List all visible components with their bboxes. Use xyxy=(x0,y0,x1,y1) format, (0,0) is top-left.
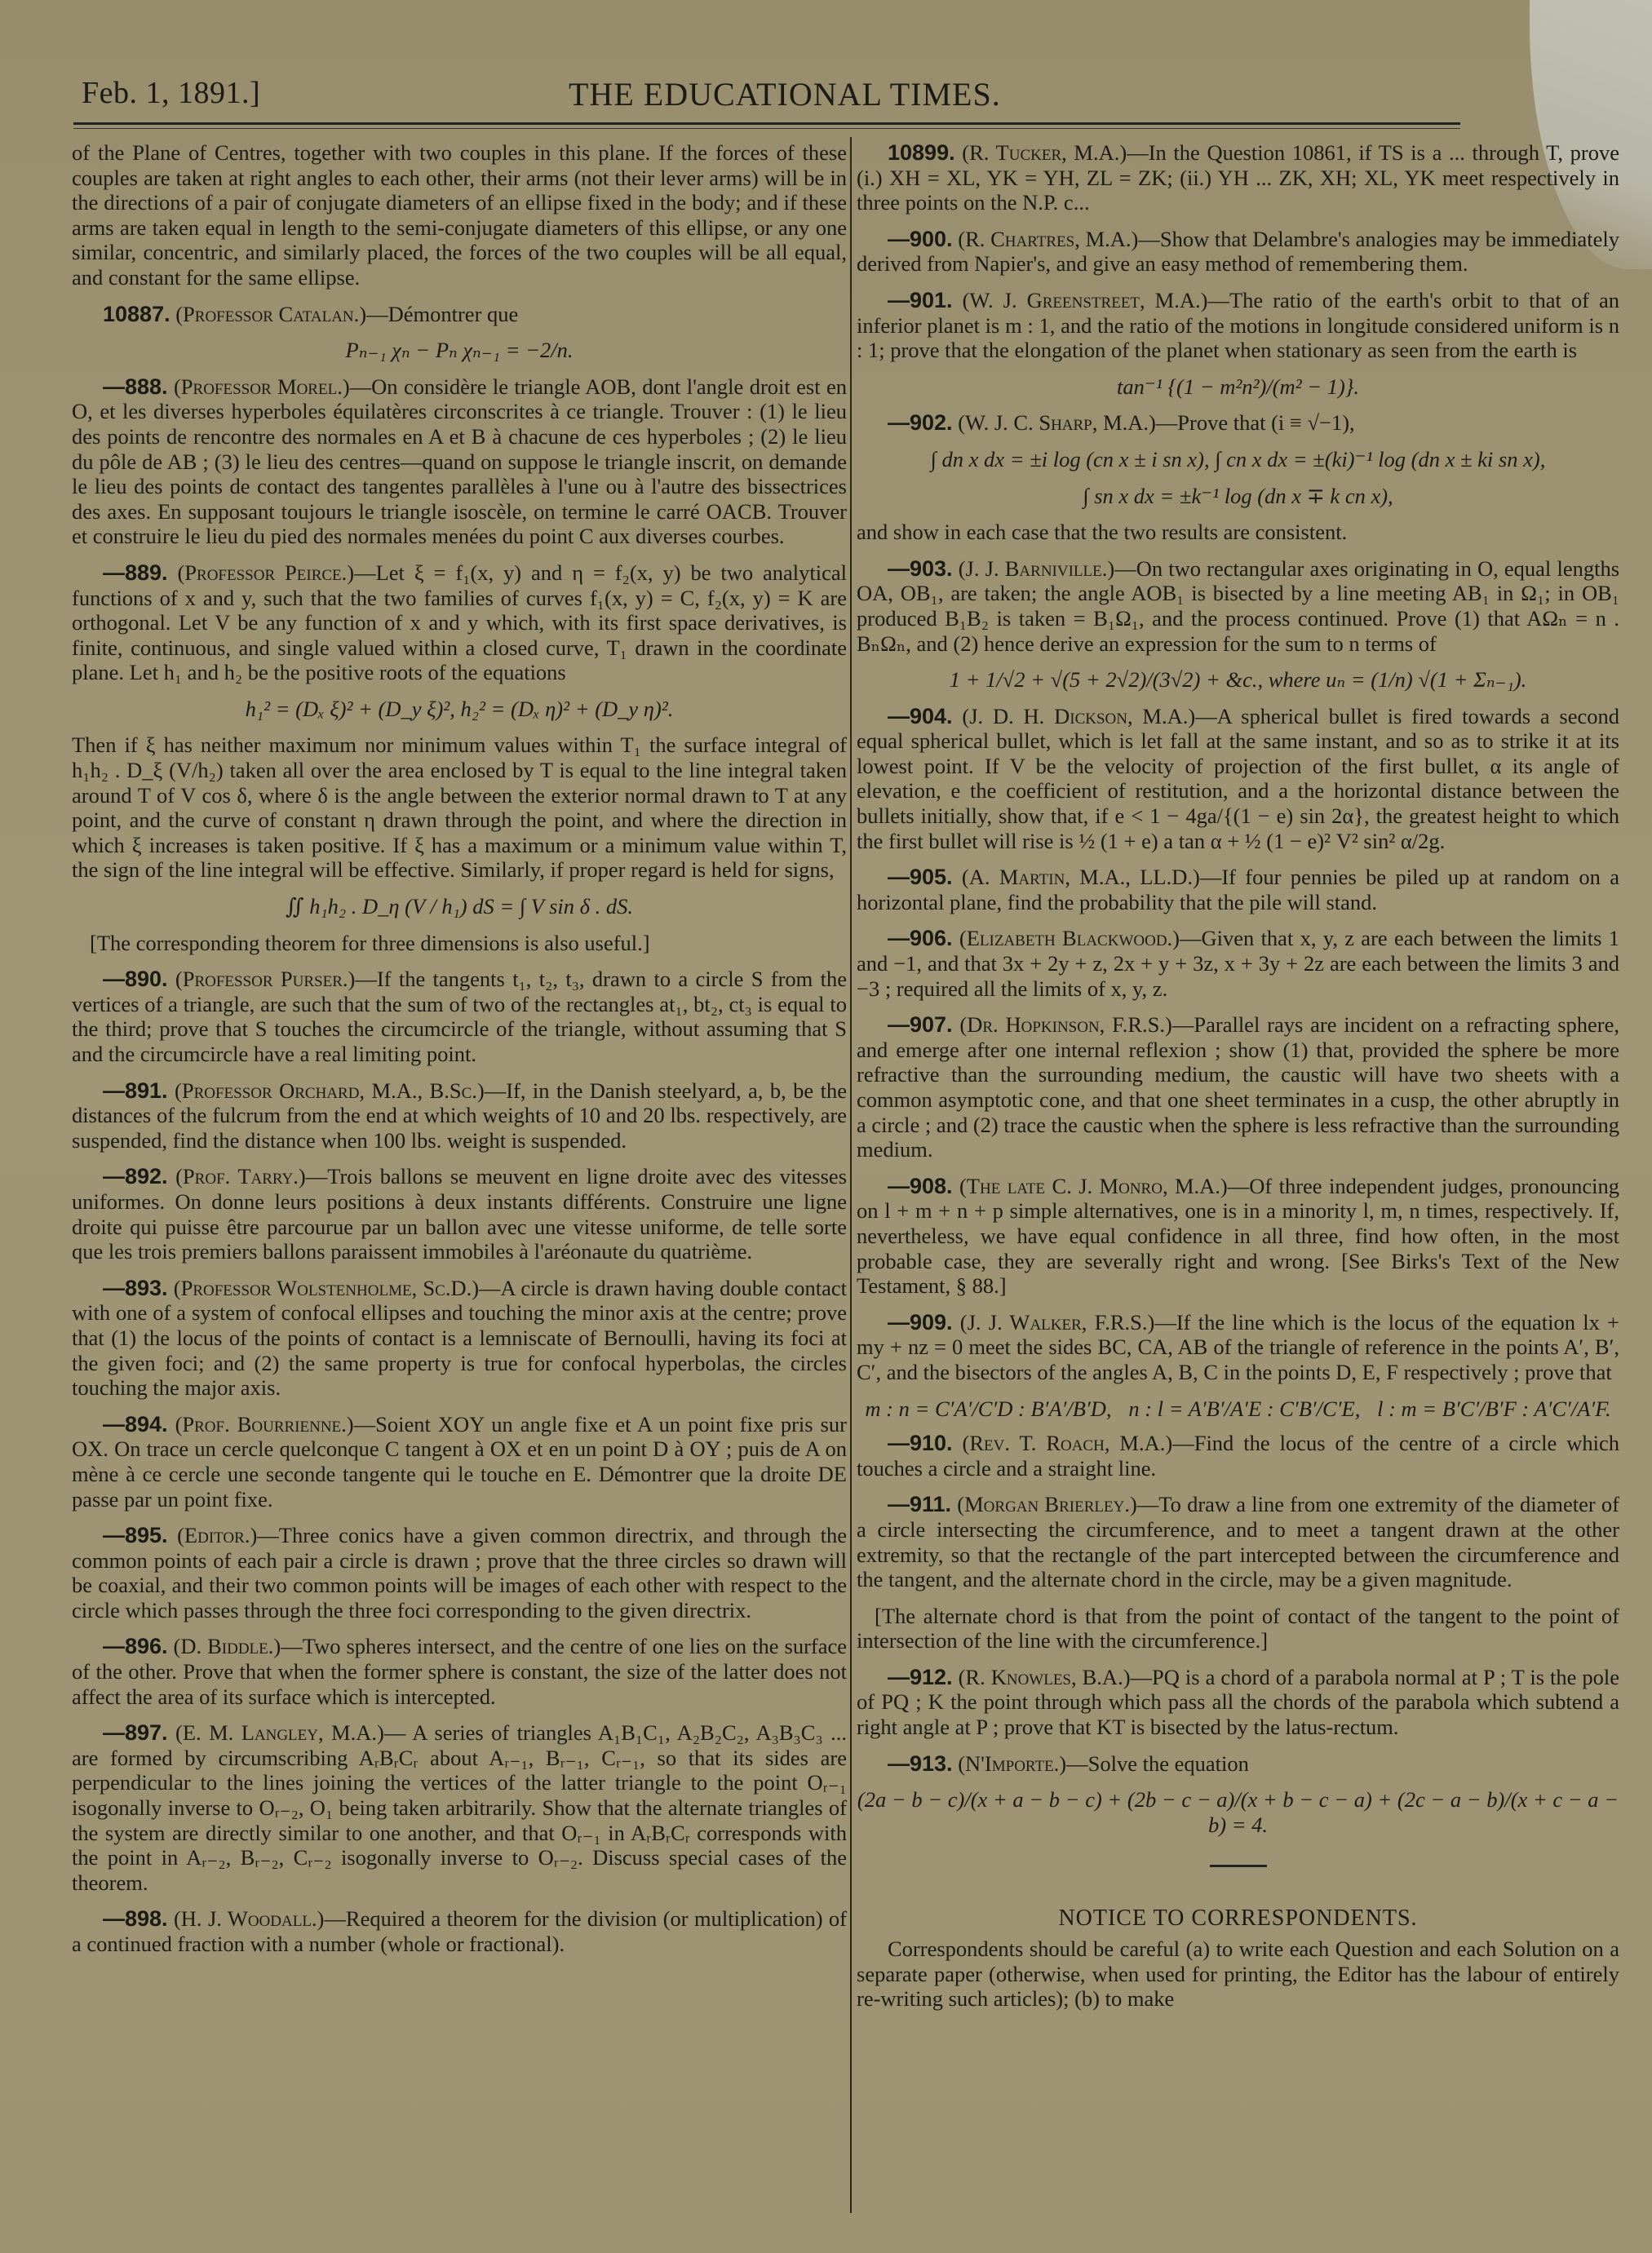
question-913: —913. (N'Importe.)—Solve the equation xyxy=(857,1751,1619,1777)
question-number: —896. xyxy=(103,1634,168,1658)
question-894: —894. (Prof. Bourrienne.)—Soient XOY un … xyxy=(72,1412,847,1512)
equation: l : m = B′C′/B′F : A′C′/A′F. xyxy=(1377,1397,1611,1422)
editorial-note: [The corresponding theorem for three dim… xyxy=(72,931,847,956)
question-author: (R. Tucker, M.A.) xyxy=(962,140,1127,165)
question-author: (Professor Catalan.) xyxy=(175,302,366,326)
notice-heading: NOTICE TO CORRESPONDENTS. xyxy=(857,1906,1619,1932)
question-text: —Solve the equation xyxy=(1066,1751,1249,1776)
question-893: —893. (Professor Wolstenholme, Sc.D.)—A … xyxy=(72,1276,847,1401)
question-907: —907. (Dr. Hopkinson, F.R.S.)—Parallel r… xyxy=(857,1012,1619,1162)
question-10899: 10899. (R. Tucker, M.A.)—In the Question… xyxy=(857,140,1619,215)
continuation-paragraph: of the Plane of Centres, together with t… xyxy=(72,140,847,290)
question-author: (R. Chartres, M.A.) xyxy=(958,227,1138,251)
question-author: (D. Biddle.) xyxy=(174,1634,281,1658)
page-header: Feb. 1, 1891.] THE EDUCATIONAL TIMES. xyxy=(75,75,1462,113)
question-904: —904. (J. D. H. Dickson, M.A.)—A spheric… xyxy=(857,704,1619,854)
question-number: —898. xyxy=(103,1906,168,1931)
question-number: —892. xyxy=(103,1164,168,1188)
question-text: —On considère le triangle AOB, dont l'an… xyxy=(72,374,847,549)
question-901: —901. (W. J. Greenstreet, M.A.)—The rati… xyxy=(857,288,1619,363)
question-author: (Morgan Brierley.) xyxy=(957,1492,1137,1516)
question-892: —892. (Prof. Tarry.)—Trois ballons se me… xyxy=(72,1164,847,1264)
question-number: —912. xyxy=(888,1665,953,1689)
question-author: (The late C. J. Monro, M.A.) xyxy=(959,1174,1228,1198)
question-number: —894. xyxy=(103,1412,168,1436)
question-890: —890. (Professor Purser.)—If the tangent… xyxy=(72,967,847,1066)
question-number: 10887. xyxy=(103,302,171,326)
equation: 1 + 1/√2 + √(5 + 2√2)/(3√2) + &c., where… xyxy=(857,667,1619,693)
question-author: (J. J. Barniville.) xyxy=(959,556,1114,581)
question-number: —905. xyxy=(888,865,953,889)
question-author: (Prof. Tarry.) xyxy=(175,1164,306,1188)
question-909: —909. (J. J. Walker, F.R.S.)—If the line… xyxy=(857,1310,1619,1385)
question-number: —911. xyxy=(888,1492,951,1516)
question-10887: 10887. (Professor Catalan.)—Démontrer qu… xyxy=(72,302,847,327)
question-888: —888. (Professor Morel.)—On considère le… xyxy=(72,374,847,549)
question-900: —900. (R. Chartres, M.A.)—Show that Dela… xyxy=(857,227,1619,277)
editorial-note: [The alternate chord is that from the po… xyxy=(857,1604,1619,1653)
question-text: — A series of triangles A₁B₁C₁, A₂B₂C₂, … xyxy=(72,1720,847,1895)
question-author: (Dr. Hopkinson, F.R.S.) xyxy=(959,1012,1171,1037)
question-author: (A. Martin, M.A., LL.D.) xyxy=(962,865,1200,889)
question-908: —908. (The late C. J. Monro, M.A.)—Of th… xyxy=(857,1174,1619,1299)
question-number: —908. xyxy=(888,1174,953,1198)
question-author: (N'Importe.) xyxy=(958,1751,1066,1776)
question-903: —903. (J. J. Barniville.)—On two rectang… xyxy=(857,556,1619,656)
question-author: (Professor Wolstenholme, Sc.D.) xyxy=(174,1276,479,1300)
question-906: —906. (Elizabeth Blackwood.)—Given that … xyxy=(857,926,1619,1001)
question-text-continued: and show in each case that the two resul… xyxy=(857,520,1619,545)
question-number: —909. xyxy=(888,1310,953,1335)
question-author: (R. Knowles, B.A.) xyxy=(959,1665,1131,1689)
question-author: (Professor Purser.) xyxy=(175,967,355,991)
left-column: of the Plane of Centres, together with t… xyxy=(72,140,847,1968)
question-number: —900. xyxy=(888,227,953,251)
question-number: —907. xyxy=(888,1012,953,1037)
question-number: —910. xyxy=(888,1431,953,1455)
question-905: —905. (A. Martin, M.A., LL.D.)—If four p… xyxy=(857,865,1619,914)
question-number: —901. xyxy=(888,288,953,312)
question-number: —903. xyxy=(888,556,953,581)
newspaper-page: Feb. 1, 1891.] THE EDUCATIONAL TIMES. of… xyxy=(0,0,1652,2253)
equation: ∫ dn x dx = ±i log (cn x ± i sn x), ∫ cn… xyxy=(857,447,1619,472)
question-910: —910. (Rev. T. Roach, M.A.)—Find the loc… xyxy=(857,1431,1619,1481)
publication-title: THE EDUCATIONAL TIMES. xyxy=(569,75,1001,113)
issue-date: Feb. 1, 1891.] xyxy=(82,75,260,111)
question-number: —913. xyxy=(888,1751,953,1776)
question-author: (W. J. C. Sharp, M.A.) xyxy=(958,410,1156,435)
question-902: —902. (W. J. C. Sharp, M.A.)—Prove that … xyxy=(857,410,1619,436)
equation: tan⁻¹ {(1 − m²n²)/(m² − 1)}. xyxy=(857,374,1619,400)
equation: (2a − b − c)/(x + a − b − c) + (2b − c −… xyxy=(857,1787,1619,1837)
question-author: (Elizabeth Blackwood.) xyxy=(959,926,1180,950)
question-author: (E. M. Langley, M.A.) xyxy=(175,1720,384,1745)
question-897: —897. (E. M. Langley, M.A.)— A series of… xyxy=(72,1720,847,1895)
question-number: —893. xyxy=(103,1276,168,1300)
question-text-continued: Then if ξ has neither maximum nor minimu… xyxy=(72,733,847,883)
question-number: —902. xyxy=(888,410,953,435)
question-889: —889. (Professor Peirce.)—Let ξ = f₁(x, … xyxy=(72,560,847,685)
question-text: —Démontrer que xyxy=(366,302,518,326)
question-author: (Rev. T. Roach, M.A.) xyxy=(963,1431,1173,1455)
question-912: —912. (R. Knowles, B.A.)—PQ is a chord o… xyxy=(857,1665,1619,1740)
question-author: (J. D. H. Dickson, M.A.) xyxy=(962,704,1195,728)
question-number: —895. xyxy=(103,1523,168,1547)
question-911: —911. (Morgan Brierley.)—To draw a line … xyxy=(857,1492,1619,1591)
question-number: —891. xyxy=(103,1078,168,1103)
question-number: —889. xyxy=(103,560,168,585)
section-separator xyxy=(1210,1865,1267,1867)
question-author: (W. J. Greenstreet, M.A.) xyxy=(963,288,1208,312)
question-author: (Professor Morel.) xyxy=(174,374,350,399)
question-author: (Prof. Bourrienne.) xyxy=(175,1412,354,1436)
question-author: (H. J. Woodall.) xyxy=(174,1906,324,1931)
question-891: —891. (Professor Orchard, M.A., B.Sc.)—I… xyxy=(72,1078,847,1153)
equation: n : l = A′B′/A′E : C′B′/C′E, xyxy=(1128,1397,1360,1422)
question-author: (Editor.) xyxy=(177,1523,257,1547)
question-896: —896. (D. Biddle.)—Two spheres intersect… xyxy=(72,1634,847,1709)
equation: ∫ sn x dx = ±k⁻¹ log (dn x ∓ k cn x), xyxy=(857,484,1619,509)
header-rule xyxy=(73,122,1460,125)
question-author: (J. J. Walker, F.R.S.) xyxy=(960,1310,1155,1335)
equation: h₁² = (Dₓ ξ)² + (D_y ξ)², h₂² = (Dₓ η)² … xyxy=(72,697,847,722)
question-898: —898. (H. J. Woodall.)—Required a theore… xyxy=(72,1906,847,1956)
equation: ∬ h₁h₂ . D_η (V / h₁) dS = ∫ V sin δ . d… xyxy=(72,894,847,919)
question-text: —Prove that (i ≡ √−1), xyxy=(1156,410,1355,435)
question-number: —904. xyxy=(888,704,953,728)
right-column: 10899. (R. Tucker, M.A.)—In the Question… xyxy=(857,140,1619,2023)
question-number: —906. xyxy=(888,926,953,950)
question-number: —888. xyxy=(103,374,168,399)
notice-text: Correspondents should be careful (a) to … xyxy=(857,1937,1619,2012)
equation: Pₙ₋₁ χₙ − Pₙ χₙ₋₁ = −2/n. xyxy=(72,338,847,363)
equation: m : n = C′A′/C′D : B′A′/B′D, xyxy=(865,1397,1111,1422)
question-895: —895. (Editor.)—Three conics have a give… xyxy=(72,1523,847,1622)
question-author: (Professor Orchard, M.A., B.Sc.) xyxy=(175,1078,485,1103)
question-author: (Professor Peirce.) xyxy=(177,560,354,585)
question-number: 10899. xyxy=(888,140,955,165)
header-rule-thin xyxy=(73,128,1460,129)
column-divider xyxy=(850,137,852,2213)
question-number: —890. xyxy=(103,967,168,991)
equation-row: m : n = C′A′/C′D : B′A′/B′D, n : l = A′B… xyxy=(857,1397,1619,1422)
question-number: —897. xyxy=(103,1720,168,1745)
